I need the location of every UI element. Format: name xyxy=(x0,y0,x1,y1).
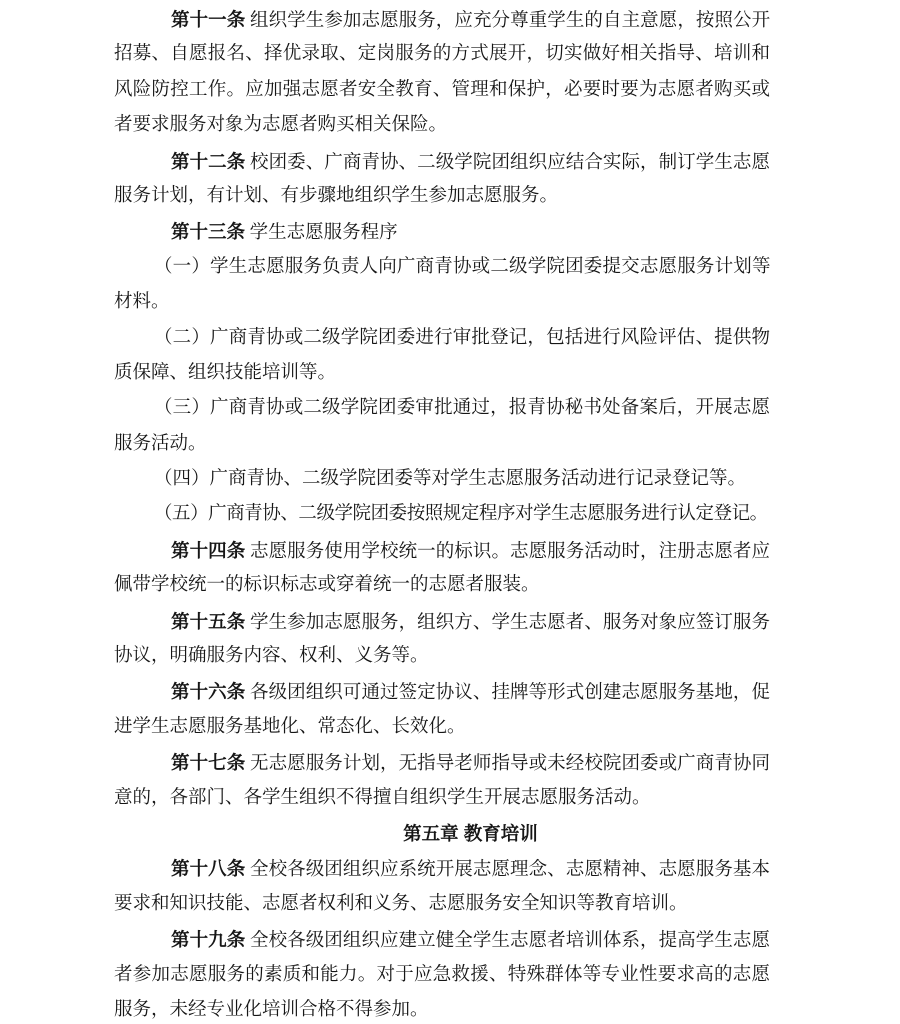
text-line: 第十二条 校团委、广商青协、二级学院团组织应结合实际，制订学生志愿 xyxy=(114,144,770,179)
text-line: 佩带学校统一的标识标志或穿着统一的志愿者服装。 xyxy=(114,568,770,603)
text-line: （四）广商青协、二级学院团委等对学生志愿服务活动进行记录登记等。 xyxy=(114,462,770,497)
text-line: （二）广商青协或二级学院团委进行审批登记，包括进行风险评估、提供物 xyxy=(114,321,770,356)
article-paragraph: 第十八条 全校各级团组织应系统开展志愿理念、志愿精神、志愿服务基本要求和知识技能… xyxy=(114,851,770,922)
article-text: 学生参加志愿服务，组织方、学生志愿者、服务对象应签订服务 xyxy=(250,613,770,633)
text-line: 风险防控工作。应加强志愿者安全教育、管理和保护，必要时要为志愿者购买或 xyxy=(114,73,770,108)
article-paragraph: 第十七条 无志愿服务计划，无指导老师指导或未经校院团委或广商青协同意的，各部门、… xyxy=(114,745,770,816)
article-text: 志愿服务使用学校统一的标识。志愿服务活动时，注册志愿者应 xyxy=(250,542,770,562)
text-line: 招募、自愿报名、择优录取、定岗服务的方式展开，切实做好相关指导、培训和 xyxy=(114,37,770,72)
text-line: 第十五条 学生参加志愿服务，组织方、学生志愿者、服务对象应签订服务 xyxy=(114,604,770,639)
item-paragraph: （五）广商青协、二级学院团委按照规定程序对学生志愿服务进行认定登记。 xyxy=(114,497,770,532)
text-line: （五）广商青协、二级学院团委按照规定程序对学生志愿服务进行认定登记。 xyxy=(114,497,770,532)
text-line: 第十四条 志愿服务使用学校统一的标识。志愿服务活动时，注册志愿者应 xyxy=(114,533,770,568)
text-line: 第十九条 全校各级团组织应建立健全学生志愿者培训体系，提高学生志愿 xyxy=(114,922,770,957)
article-number: 第十八条 xyxy=(171,858,245,879)
text-line: 第十八条 全校各级团组织应系统开展志愿理念、志愿精神、志愿服务基本 xyxy=(114,851,770,886)
article-paragraph: 第十一条 组织学生参加志愿服务，应充分尊重学生的自主意愿，按照公开招募、自愿报名… xyxy=(114,2,770,144)
item-paragraph: （四）广商青协、二级学院团委等对学生志愿服务活动进行记录登记等。 xyxy=(114,462,770,497)
text-line: 第十三条 学生志愿服务程序 xyxy=(114,214,770,249)
text-line: 第十六条 各级团组织可通过签定协议、挂牌等形式创建志愿服务基地，促 xyxy=(114,674,770,709)
text-line: 材料。 xyxy=(114,285,770,320)
article-number: 第十四条 xyxy=(171,540,245,561)
text-line: 第十七条 无志愿服务计划，无指导老师指导或未经校院团委或广商青协同 xyxy=(114,745,770,780)
article-number: 第十五条 xyxy=(171,611,245,632)
text-line: 要求和知识技能、志愿者权利和义务、志愿服务安全知识等教育培训。 xyxy=(114,887,770,922)
text-line: 者参加志愿服务的素质和能力。对于应急救援、特殊群体等专业性要求高的志愿 xyxy=(114,958,770,993)
item-paragraph: （三）广商青协或二级学院团委审批通过，报青协秘书处备案后，开展志愿服务活动。 xyxy=(114,391,770,462)
item-paragraph: （一）学生志愿服务负责人向广商青协或二级学院团委提交志愿服务计划等材料。 xyxy=(114,250,770,321)
article-paragraph: 第十四条 志愿服务使用学校统一的标识。志愿服务活动时，注册志愿者应佩带学校统一的… xyxy=(114,533,770,604)
document-page: 第十一条 组织学生参加志愿服务，应充分尊重学生的自主意愿，按照公开招募、自愿报名… xyxy=(0,0,900,1024)
article-paragraph: 第十六条 各级团组织可通过签定协议、挂牌等形式创建志愿服务基地，促进学生志愿服务… xyxy=(114,674,770,745)
text-line: 进学生志愿服务基地化、常态化、长效化。 xyxy=(114,710,770,745)
text-line: 第十一条 组织学生参加志愿服务，应充分尊重学生的自主意愿，按照公开 xyxy=(114,2,770,37)
text-line: （一）学生志愿服务负责人向广商青协或二级学院团委提交志愿服务计划等 xyxy=(114,250,770,285)
text-line: 服务，未经专业化培训合格不得参加。 xyxy=(114,993,770,1024)
article-paragraph: 第十五条 学生参加志愿服务，组织方、学生志愿者、服务对象应签订服务协议，明确服务… xyxy=(114,604,770,675)
article-text: 校团委、广商青协、二级学院团组织应结合实际，制订学生志愿 xyxy=(250,153,770,173)
document-content: 第十一条 组织学生参加志愿服务，应充分尊重学生的自主意愿，按照公开招募、自愿报名… xyxy=(114,2,770,1024)
article-text: 全校各级团组织应系统开展志愿理念、志愿精神、志愿服务基本 xyxy=(250,860,770,880)
article-text: 全校各级团组织应建立健全学生志愿者培训体系，提高学生志愿 xyxy=(250,931,770,951)
text-line: 意的，各部门、各学生组织不得擅自组织学生开展志愿服务活动。 xyxy=(114,781,770,816)
chapter-paragraph: 第五章 教育培训 xyxy=(114,816,770,851)
article-text: 组织学生参加志愿服务，应充分尊重学生的自主意愿，按照公开 xyxy=(250,11,770,31)
article-number: 第十一条 xyxy=(171,9,245,30)
article-text: 无志愿服务计划，无指导老师指导或未经校院团委或广商青协同 xyxy=(250,754,770,774)
article-paragraph: 第十三条 学生志愿服务程序 xyxy=(114,214,770,249)
article-paragraph: 第十二条 校团委、广商青协、二级学院团组织应结合实际，制订学生志愿服务计划，有计… xyxy=(114,144,770,215)
item-paragraph: （二）广商青协或二级学院团委进行审批登记，包括进行风险评估、提供物质保障、组织技… xyxy=(114,321,770,392)
text-line: 协议，明确服务内容、权利、义务等。 xyxy=(114,639,770,674)
text-line: 服务计划，有计划、有步骤地组织学生参加志愿服务。 xyxy=(114,179,770,214)
text-line: 服务活动。 xyxy=(114,427,770,462)
article-text: 学生志愿服务程序 xyxy=(250,223,398,243)
text-line: 质保障、组织技能培训等。 xyxy=(114,356,770,391)
text-line: 者要求服务对象为志愿者购买相关保险。 xyxy=(114,108,770,143)
article-number: 第十九条 xyxy=(171,929,245,950)
article-number: 第十七条 xyxy=(171,752,245,773)
text-line: （三）广商青协或二级学院团委审批通过，报青协秘书处备案后，开展志愿 xyxy=(114,391,770,426)
article-paragraph: 第十九条 全校各级团组织应建立健全学生志愿者培训体系，提高学生志愿者参加志愿服务… xyxy=(114,922,770,1024)
article-text: 各级团组织可通过签定协议、挂牌等形式创建志愿服务基地，促 xyxy=(250,683,770,703)
article-number: 第十六条 xyxy=(171,681,245,702)
chapter-heading-line: 第五章 教育培训 xyxy=(114,816,770,851)
article-number: 第十三条 xyxy=(171,221,245,242)
article-number: 第十二条 xyxy=(171,151,245,172)
